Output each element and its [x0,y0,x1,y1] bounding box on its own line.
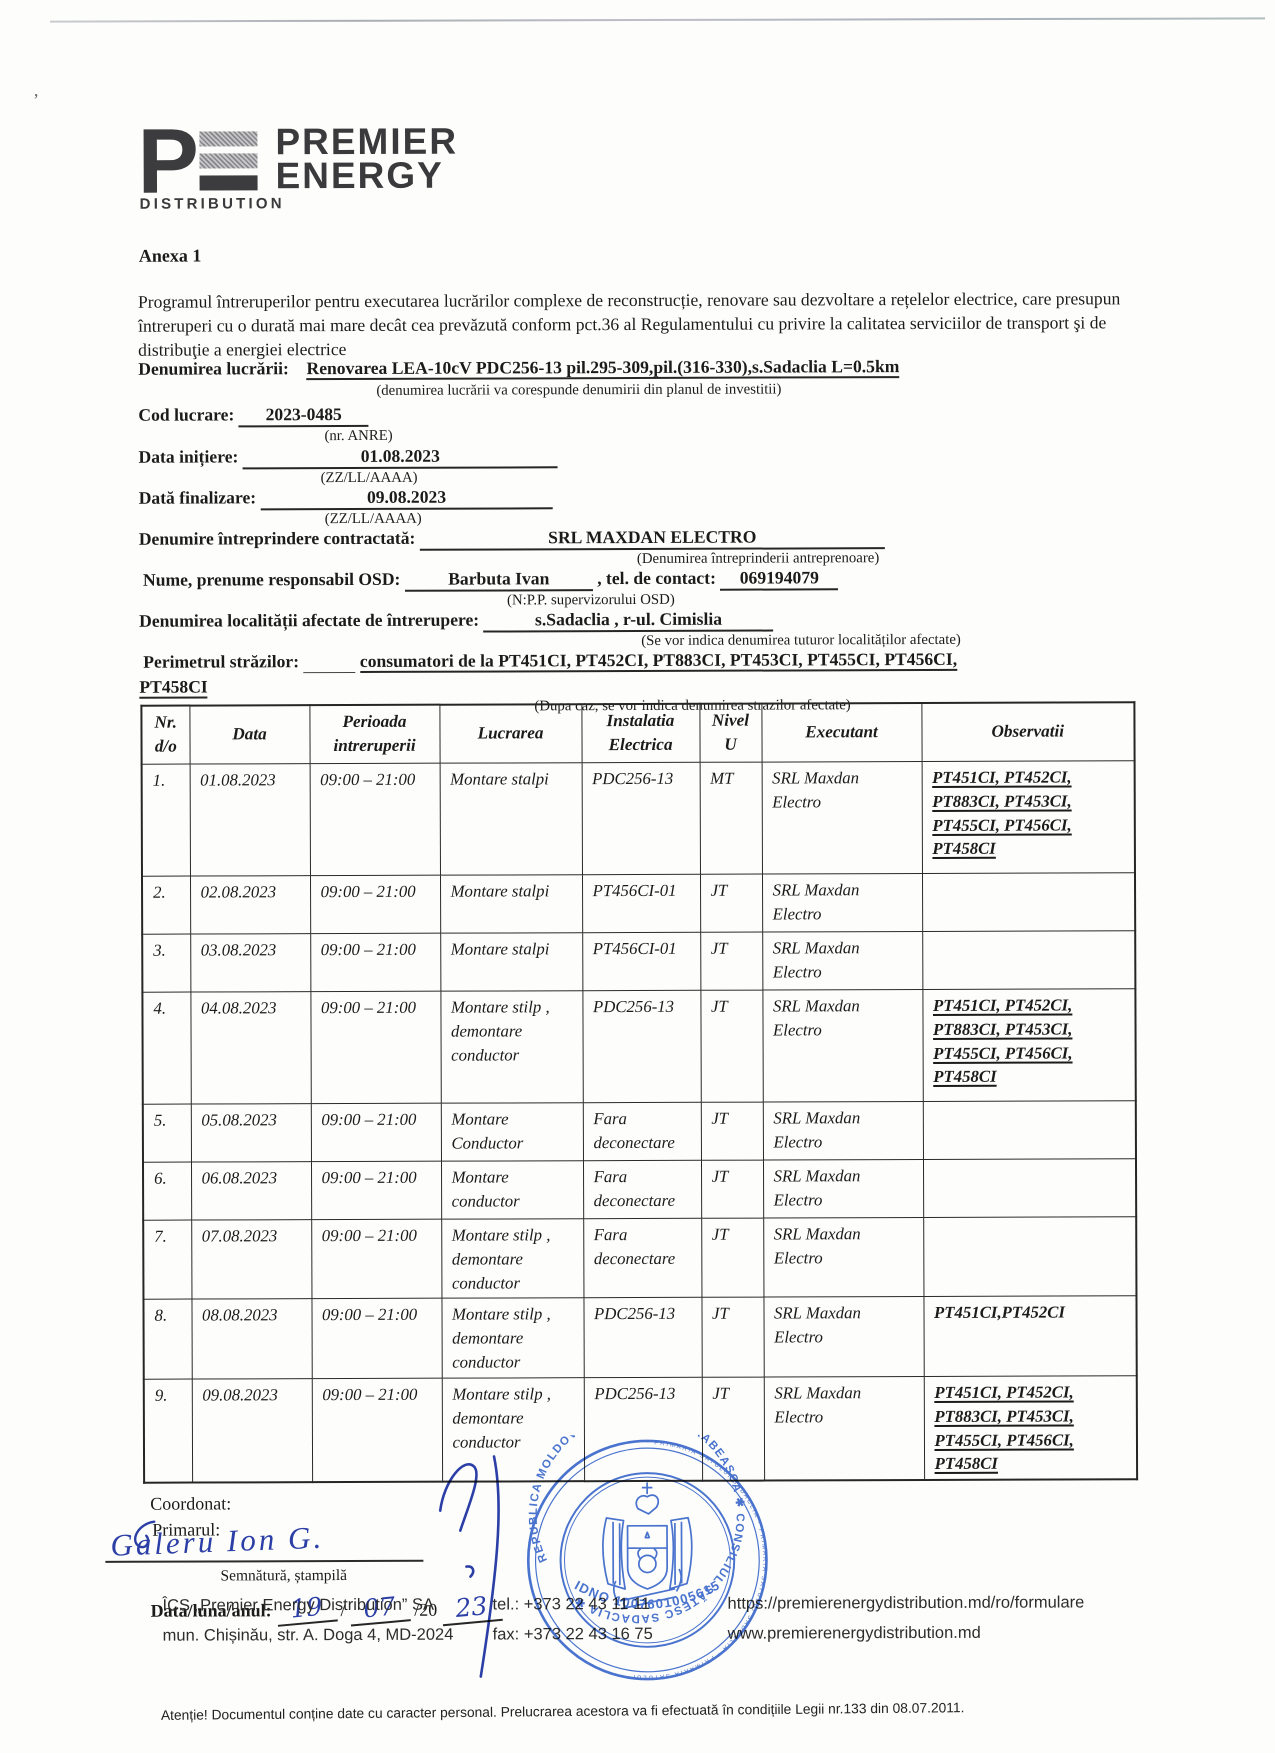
cell-observatii: PT451CI, PT452CI, PT883CI, PT453CI, PT45… [924,1376,1137,1481]
cell-instalatia: PDC256-13 [582,990,700,1102]
logo-bar-3 [200,175,258,190]
cell-data: 01.08.2023 [190,763,310,875]
field-value-denumirea: Renovarea LEA-10cV PDC256-13 pil.295-309… [306,356,899,380]
cell-executant: SRL Maxdan Electro [764,1376,924,1480]
table-row: 6. 06.08.2023 09:00 – 21:00 Montare cond… [143,1159,1136,1220]
cell-instalatia: Fara deconectare [583,1218,701,1298]
cell-nivel: MT [700,762,762,874]
cell-nr: 4. [142,992,190,1104]
logo-wordmark: PREMIER ENERGY [275,125,458,194]
cell-observatii [923,1159,1136,1218]
field-value-finalizare: 09.08.2023 [367,487,446,507]
cell-nr: 7. [143,1220,191,1300]
field-label-cod: Cod lucrare: [138,404,234,424]
cell-observatii: PT451CI,PT452CI [923,1296,1136,1376]
col-header-nr: Nr. d/o [141,706,189,765]
field-value-cod: 2023-0485 [266,404,342,424]
cell-data: 05.08.2023 [191,1103,311,1161]
cell-data: 02.08.2023 [190,875,310,933]
cell-nr: 5. [143,1104,191,1162]
official-stamp: · PRIMARIA SATULUI SADACLIA · PRIMARIA S… [522,1435,773,1686]
stamp-outer-ring-text: · PRIMARIA SATULUI SADACLIA · PRIMARIA S… [631,1439,769,1681]
field-label-initiere: Data inițiere: [138,446,238,466]
cell-data: 08.08.2023 [191,1299,311,1379]
cell-perioada: 09:00 – 21:00 [311,1299,441,1379]
field-label-denumirea: Denumirea lucrării: [138,358,289,379]
site-url: www.premierenergydistribution.md [728,1617,1085,1648]
company-block: ÎCS „Premier Energy Distribution” SA mun… [162,1590,453,1651]
cell-perioada: 09:00 – 21:00 [310,875,440,933]
cell-data: 06.08.2023 [191,1161,311,1219]
table-row: 4. 04.08.2023 09:00 – 21:00 Montare stil… [142,989,1135,1104]
field-label-osd: Nume, prenume responsabil OSD: [143,569,400,590]
annex-title: Anexa 1 [139,246,202,267]
cell-instalatia: PT456CI-01 [582,932,700,990]
cell-instalatia: PDC256-13 [583,1298,701,1378]
cell-executant: SRL Maxdan Electro [762,931,922,990]
cell-perioada: 09:00 – 21:00 [310,933,440,991]
cell-nivel: JT [701,1218,763,1298]
cell-lucrarea: Montare conductor [441,1161,583,1219]
logo-bar-2 [199,153,257,168]
cell-lucrarea: Montare Conductor [441,1103,583,1161]
cell-lucrarea: Montare stalpi [440,875,582,933]
cell-data: 04.08.2023 [190,991,310,1103]
logo-bars-icon [199,131,257,190]
col-header-executant: Executant [761,703,921,762]
premier-energy-logo: P PREMIER ENERGY DISTRIBUTION [137,123,457,219]
cell-executant: SRL Maxdan Electro [763,1101,923,1160]
cell-nr: 8. [143,1299,191,1379]
intro-paragraph: Programul întreruperilor pentru executar… [138,287,1146,362]
cell-executant: SRL Maxdan Electro [762,761,922,874]
cell-nr: 6. [143,1162,191,1220]
cell-nivel: JT [701,1160,763,1218]
field-value-localitate: s.Sadaclia , r-ul. Cimislia [535,609,722,630]
cell-instalatia: PT456CI-01 [582,874,700,932]
field-hint-denumirea: (denumirea lucrării va corespunde denumi… [376,381,781,399]
logo-word-energy: ENERGY [275,159,458,194]
col-header-perioada: Perioada intreruperii [309,705,439,764]
field-hint-cod: (nr. ANRE) [324,428,392,445]
company-name: ÎCS „Premier Energy Distribution” SA [162,1590,453,1621]
table-row: 3. 03.08.2023 09:00 – 21:00 Montare stal… [142,931,1135,992]
cell-executant: SRL Maxdan Electro [762,873,922,932]
forms-url: https://premierenergydistribution.md/ro/… [727,1587,1084,1618]
semnatura-hint: Semnătură, ștampilă [220,1567,347,1585]
table-row: 1. 01.08.2023 09:00 – 21:00 Montare stal… [142,761,1135,876]
col-header-nivel: Nivel U [699,704,761,763]
field-value-tel: 069194079 [740,567,819,587]
cell-nivel: JT [700,932,762,990]
cell-nr: 3. [142,934,190,992]
cell-perioada: 09:00 – 21:00 [311,1161,441,1219]
field-label-localitate: Denumirea localității afectate de întrer… [139,610,479,631]
field-value-initiere: 01.08.2023 [361,446,440,466]
scanned-document-page: ’ P PREMIER ENERGY DISTRIBUTION Anexa 1 … [0,0,1275,1753]
cell-data: 03.08.2023 [190,933,310,991]
cell-observatii [923,1101,1136,1160]
web-block: https://premierenergydistribution.md/ro/… [727,1587,1084,1648]
cell-lucrarea: Montare stalpi [440,763,582,875]
cell-nivel: JT [700,990,762,1102]
cell-lucrarea: Montare stalpi [440,933,582,991]
logo-subtitle: DISTRIBUTION [140,195,285,213]
cell-instalatia: Fara deconectare [583,1160,701,1218]
col-header-lucrarea: Lucrarea [439,704,581,763]
field-hint-localitate: (Se vor indica denumirea tuturor localit… [641,632,961,650]
field-hint-osd: (N:P.P. supervizorului OSD) [507,592,675,610]
cell-executant: SRL Maxdan Electro [763,1297,923,1377]
cell-nivel: JT [700,874,762,932]
cell-lucrarea: Montare stilp , demontare conductor [441,1219,583,1299]
table-row: 8. 08.08.2023 09:00 – 21:00 Montare stil… [143,1296,1136,1379]
cell-nivel: JT [701,1102,763,1160]
cell-observatii: PT451CI, PT452CI, PT883CI, PT453CI, PT45… [922,989,1135,1102]
ink-stray-mark [124,1514,164,1559]
cell-perioada: 09:00 – 21:00 [310,763,440,875]
cell-observatii [922,931,1135,990]
coordonat-label: Coordonat: [150,1493,231,1514]
cell-instalatia: PDC256-13 [582,762,700,874]
cell-nr: 1. [142,764,190,876]
signature-ink-flourish [422,1448,543,1683]
table-row: 2. 02.08.2023 09:00 – 21:00 Montare stal… [142,873,1135,934]
cell-observatii [923,1217,1136,1297]
cell-instalatia: Fara deconectare [583,1102,701,1160]
cell-perioada: 09:00 – 21:00 [311,1103,441,1161]
interruption-schedule-table: Nr. d/o Data Perioada intreruperii Lucra… [140,701,1138,1484]
field-value-perimetru-1: consumatori de la PT451CI, PT452CI, PT88… [360,649,957,673]
field-value-perimetru-2: PT458CI [139,676,208,698]
table-row: 5. 05.08.2023 09:00 – 21:00 Montare Cond… [143,1101,1136,1162]
cell-data: 09.08.2023 [192,1379,312,1483]
field-label-perimetru: Perimetrul străzilor: [143,651,299,672]
privacy-notice: Atenție! Documentul conține date cu cara… [161,1698,1221,1723]
coat-of-arms-icon [603,1482,692,1609]
logo-bar-1 [199,131,257,146]
cell-lucrarea: Montare stilp , demontare conductor [441,1298,583,1378]
field-label-contractor: Denumire întreprindere contractată: [139,528,416,549]
field-label-finalizare: Dată finalizare: [139,487,257,507]
cell-observatii: PT451CI, PT452CI, PT883CI, PT453CI, PT45… [922,761,1135,874]
field-hint-initiere: (ZZ/LL/AAAA) [321,470,418,487]
field-value-contractor: SRL MAXDAN ELECTRO [548,527,756,548]
col-header-observatii: Observatii [921,702,1134,761]
cell-perioada: 09:00 – 21:00 [311,1219,441,1299]
table-row: 7. 07.08.2023 09:00 – 21:00 Montare stil… [143,1217,1136,1300]
field-label-tel: , tel. de contact: [597,568,716,588]
table-header-row: Nr. d/o Data Perioada intreruperii Lucra… [141,702,1134,764]
logo-p-glyph: P [137,116,194,208]
cell-executant: SRL Maxdan Electro [763,1217,923,1297]
field-hint-contractor: (Denumirea întreprinderii antreprenoare) [637,550,879,568]
cell-perioada: 09:00 – 21:00 [310,991,440,1103]
cell-lucrarea: Montare stilp , demontare conductor [440,991,582,1103]
cell-nr: 9. [144,1379,192,1483]
cell-executant: SRL Maxdan Electro [763,1159,923,1218]
field-value-osd: Barbuta Ivan [448,568,549,588]
cell-observatii [922,873,1135,932]
cell-nr: 2. [142,876,190,934]
company-address: mun. Chișinău, str. A. Doga 4, MD-2024 [163,1620,454,1651]
col-header-data: Data [189,705,309,764]
col-header-instalatia: Instalatia Electrica [581,704,699,763]
field-hint-finalizare: (ZZ/LL/AAAA) [325,511,422,528]
signature-line [105,1560,423,1563]
cell-data: 07.08.2023 [191,1219,311,1299]
cell-executant: SRL Maxdan Electro [762,989,922,1102]
cell-nivel: JT [701,1297,763,1377]
